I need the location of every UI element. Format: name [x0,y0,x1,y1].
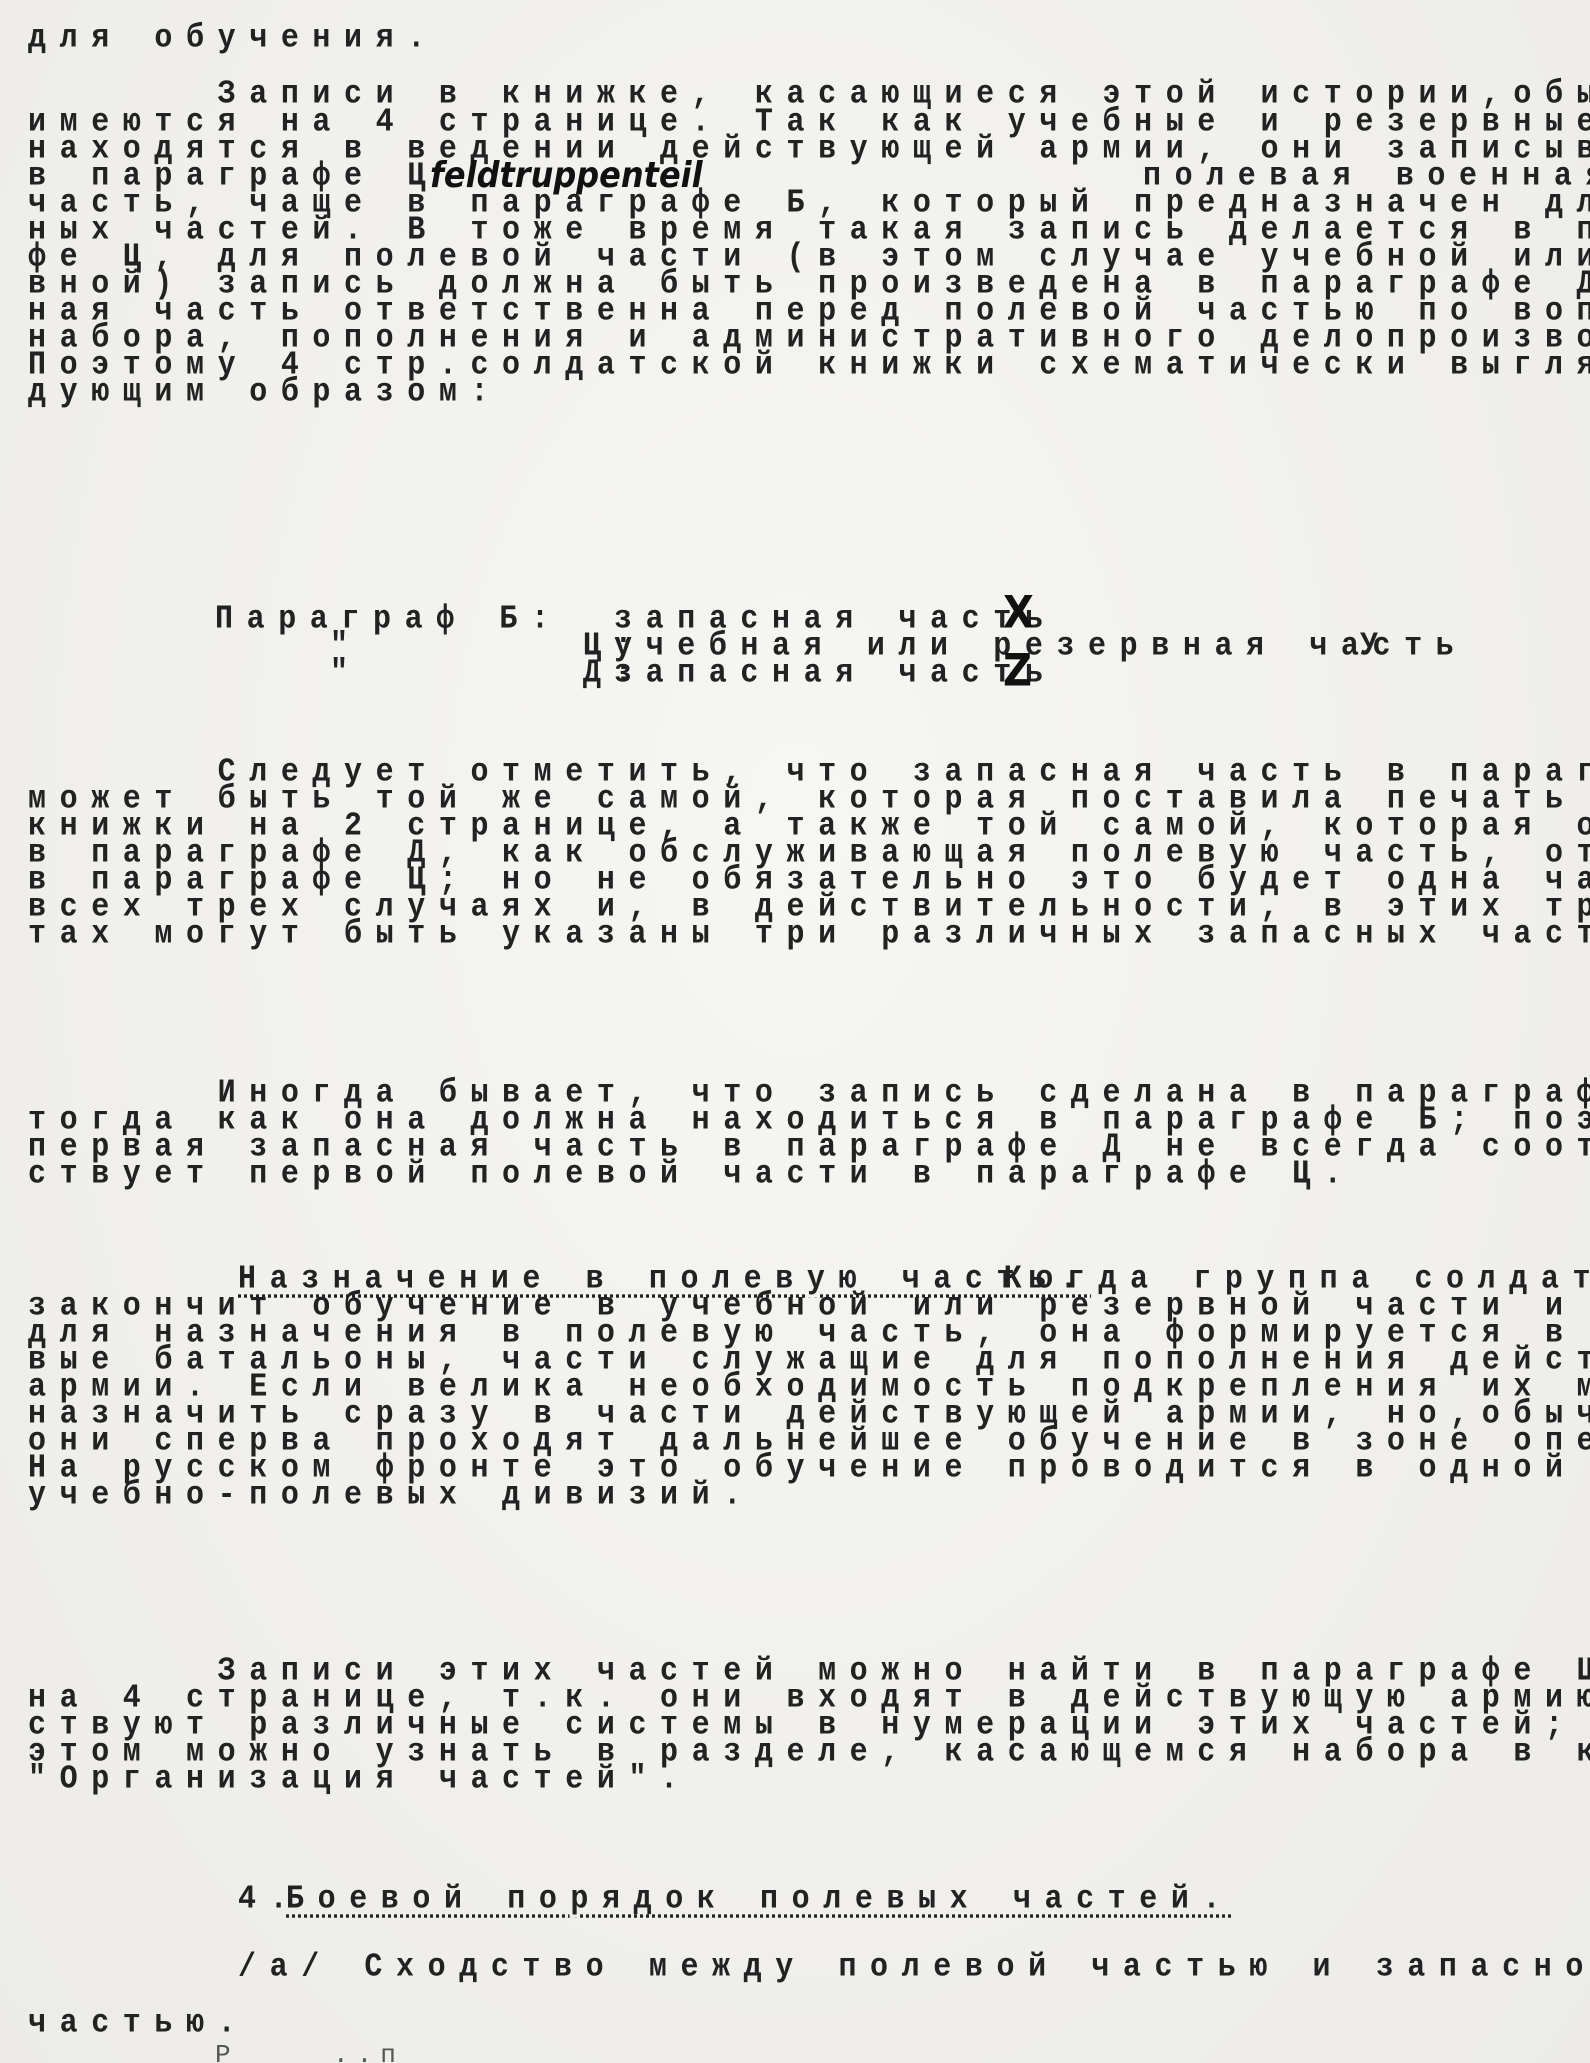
text-line: дующим образом: [28,376,502,410]
section-heading: Боевой порядок полевых частей. [286,1883,1234,1917]
text-line: тах могут быть указаны три различных зап… [28,918,1590,952]
typewritten-page: для обучения. Записи в книжке, касающиес… [0,0,1590,2063]
text-line: частью. [28,2007,249,2041]
handwritten-mark: X [1003,596,1034,630]
schema-value: запасная часть [614,657,1056,691]
text-line: ствует первой полевой части в параграфе … [28,1158,1355,1192]
text-line: /а/ Сходство между полевой частью и запа… [238,1951,1590,1985]
text-line: "Организация частей". [28,1763,692,1797]
handwritten-mark: Z [1003,654,1032,688]
cut-off-text-fragment: Р ..п [215,2040,404,2063]
text-line: для обучения. [28,22,439,56]
schema-label: " Д: [330,657,646,691]
text-line: учебно-полевых дивизий. [28,1479,755,1513]
schema-mark: У [1360,630,1392,664]
